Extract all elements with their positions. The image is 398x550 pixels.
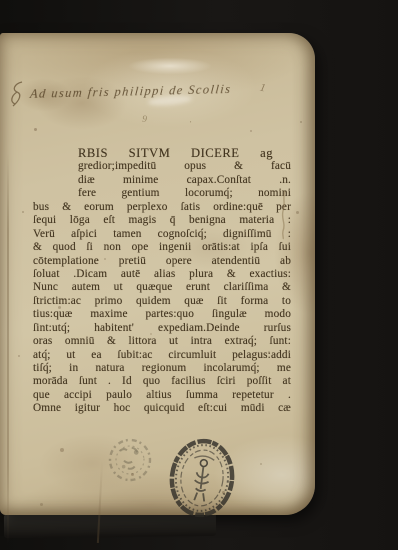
stain-speck [222, 491, 225, 494]
stain-speck [200, 283, 205, 288]
paraph-flourish-icon [8, 80, 30, 108]
printed-text-line: fere gentium locorumq́; nomini [33, 187, 291, 200]
printed-text-line: bus & eorum perplexo ſatis ordine:quē pe… [33, 201, 291, 214]
printed-text-line: tius:quæ maxime partes:quo ſingulæ modo [33, 308, 291, 321]
printed-text-line: morāda ſunt . Id quo facilius ſciri poſſ… [33, 375, 291, 388]
ownership-inscription: Ad usum fris philippi de Scollis [29, 81, 270, 102]
printed-text-line: RBIS SITVM DICERE ag [33, 147, 291, 160]
printed-text-line: cōtemplatione pretiū opere atendentiū ab [33, 255, 291, 268]
printed-text-line: Nunc autem ut quæque erunt clariſſima & [33, 281, 291, 294]
stain-speck [34, 128, 37, 131]
stain-speck [18, 355, 20, 357]
stain-speck [300, 121, 302, 123]
printed-text-line: ſint:utq́; habitent' expediam.Deinde rur… [33, 322, 291, 335]
stain-speck [150, 333, 152, 335]
book-photograph: Ad usum fris philippi de Scollis 1 9 · R… [0, 0, 398, 550]
stain-speck [40, 503, 43, 506]
printed-text-line: ſtrictim:ac primo quidem quæ ſit forma t… [33, 295, 291, 308]
printed-text-line: diæ minime capax.Conſtat .n. [33, 174, 291, 187]
printed-text-block: RBIS SITVM DICERE aggredior;impeditū opu… [33, 147, 291, 416]
stain-speck [104, 258, 106, 260]
oval-library-stamp-icon [163, 433, 240, 523]
printed-text-line: & quod ſi non ope ingenii orātis:at ipſa… [33, 241, 291, 254]
stain-speck [260, 463, 262, 465]
printed-text-line: ſequi lōga eſt magis q̄ benigna materia … [33, 214, 291, 227]
stain-speck [268, 351, 270, 353]
printed-text-line: gredior;impeditū opus & facū [33, 160, 291, 173]
parchment-page: Ad usum fris philippi de Scollis 1 9 · R… [0, 33, 315, 515]
faint-round-stamp-icon [105, 434, 156, 487]
stain-speck [250, 130, 252, 132]
printed-text-line: que accipi paulo altius ſumma repetetur … [33, 389, 291, 402]
stain-speck [296, 211, 299, 214]
printed-text-line: Omne igitur hoc quicquid eſt:cui mūdi cæ [33, 402, 291, 415]
printed-text-line: tiſq́; in natura regionum incolarumq́; m… [33, 362, 291, 375]
foliation-marks: 9 · [142, 115, 212, 130]
stain-speck [60, 448, 64, 452]
stain-speck [58, 306, 61, 309]
stain-speck [22, 211, 24, 213]
stain-speck [131, 473, 134, 476]
printed-text-line: Verū aſpici tamen cognoſciq́; digniſſimū… [33, 228, 291, 241]
printed-text-line: atq́; ut ea ſubit:ac circumluit pelagus:… [33, 349, 291, 362]
printed-text-line: ſoluat .Dicam autē alias plura & exactiu… [33, 268, 291, 281]
margin-pen-mark-icon [277, 189, 291, 241]
gutter-crease [7, 153, 9, 543]
stain-speck [86, 393, 88, 395]
printed-text-line: oras omniū & littora ut intra extraq́; ſ… [33, 335, 291, 348]
